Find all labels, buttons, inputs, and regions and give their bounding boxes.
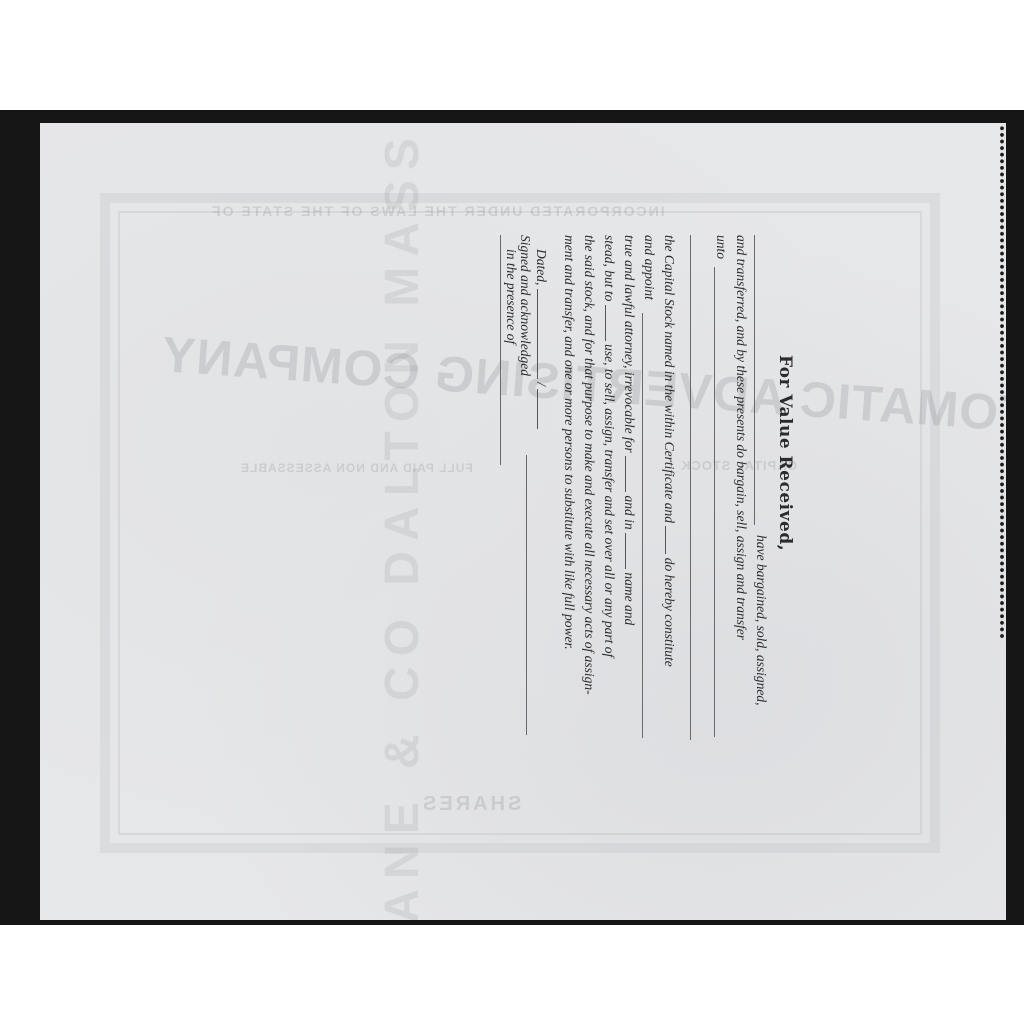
attorney-blank[interactable]	[642, 313, 643, 738]
ghost-shares-banner: SHARES	[420, 793, 521, 816]
signature-line[interactable]	[526, 455, 527, 735]
form-line: and transferred, and by these presents d…	[733, 235, 749, 640]
form-line: stead, but to use, to sell, assign, tran…	[601, 235, 617, 657]
ghost-top-banner: INCORPORATED UNDER THE LAWS OF THE STATE…	[210, 203, 665, 219]
dated-line: Dated, /	[533, 249, 549, 429]
ghost-full-paid: FULL PAID AND NON ASSESSABLE	[240, 461, 473, 475]
form-line: the said stock, and for that purpose to …	[581, 235, 597, 695]
witness-line[interactable]	[500, 235, 501, 465]
date-blank[interactable]	[537, 289, 538, 379]
form-line: and appoint	[641, 235, 657, 300]
presence-label: in the presence of	[503, 249, 519, 344]
form-line: ment and transfer, and one or more perso…	[561, 235, 577, 650]
blank[interactable]	[605, 305, 606, 341]
form-line: unto	[713, 235, 729, 259]
form-line: true and lawful attorney, irrevocable fo…	[621, 235, 637, 625]
blank-line[interactable]	[754, 235, 755, 525]
form-line: the Capital Stock named in the within Ce…	[661, 235, 677, 667]
form-heading: For Value Received,	[775, 355, 795, 551]
perforated-edge	[999, 125, 1005, 640]
year-blank[interactable]	[537, 389, 538, 429]
blank[interactable]	[665, 526, 666, 554]
blank[interactable]	[625, 533, 626, 569]
unto-blank[interactable]	[714, 267, 715, 737]
blank[interactable]	[625, 456, 626, 492]
transfer-form: For Value Received, have bargained, sold…	[495, 235, 795, 755]
shares-blank[interactable]	[690, 235, 691, 740]
signed-label: Signed and acknowledged	[517, 235, 533, 376]
ghost-watermark-crane: CRANE & CO DALTON MASS	[375, 128, 430, 920]
form-line: have bargained, sold, assigned,	[753, 535, 769, 705]
